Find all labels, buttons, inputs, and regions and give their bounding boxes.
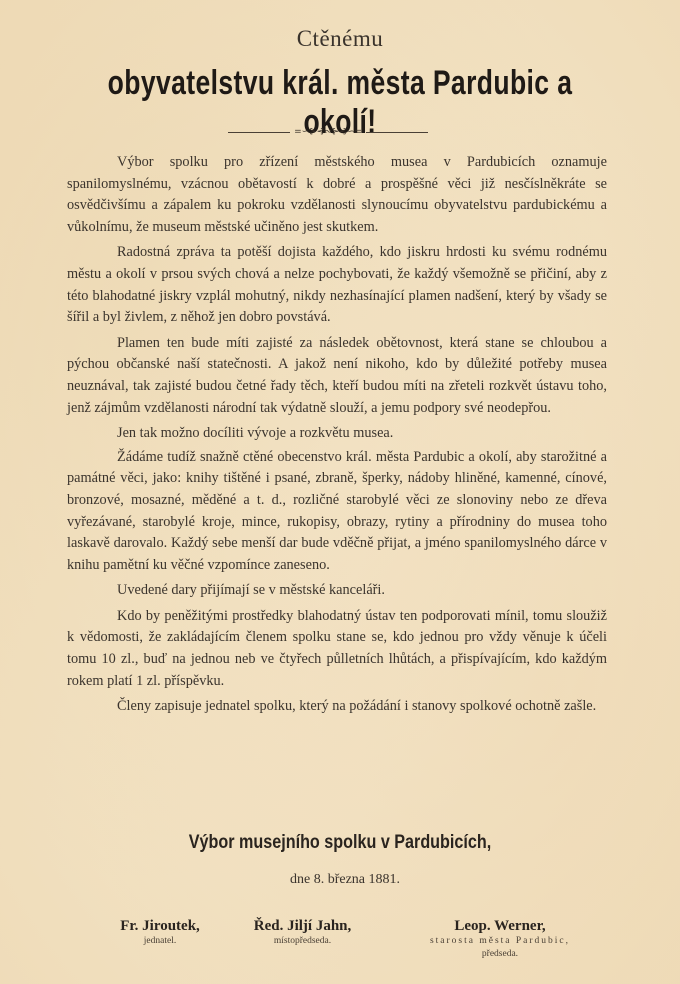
signatory-werner: Leop. Werner, starosta města Pardubic, p… [400, 918, 600, 961]
signatory-role: starosta města Pardubic, [400, 935, 600, 948]
signatory-jahn: Řed. Jiljí Jahn, místopředseda. [240, 918, 365, 948]
body-text: Výbor spolku pro zřízení městského musea… [67, 152, 607, 722]
ornament-divider: =∽⊱⊰∾⊱⊰∽= [228, 126, 428, 138]
signatory-role: jednatel. [95, 935, 225, 948]
ornament-icon: =∽⊱⊰∾⊱⊰∽= [294, 127, 362, 137]
paragraph-joyful-news: Radostná zpráva ta potěší dojista každéh… [67, 242, 607, 328]
paragraph-flame: Plamen ten bude míti zajisté za následek… [67, 333, 607, 419]
date-line: dne 8. března 1881. [0, 872, 680, 888]
paragraph-announcement: Výbor spolku pro zřízení městského musea… [67, 152, 607, 238]
paragraph-donations-office: Uvedené dary přijímají se v městské kanc… [67, 580, 607, 602]
salutation: Ctěnému [0, 26, 680, 52]
signatory-name: Fr. Jiroutek, [95, 918, 225, 935]
signatory-role-secondary: předseda. [400, 948, 600, 961]
paragraph-membership: Kdo by peněžitými prostředky blahodatný … [67, 606, 607, 692]
signatory-name: Leop. Werner, [400, 918, 600, 935]
divider-line-left [228, 132, 290, 133]
signatory-role: místopředseda. [240, 935, 365, 948]
signatory-name: Řed. Jiljí Jahn, [240, 918, 365, 935]
signatory-jiroutek: Fr. Jiroutek, jednatel. [95, 918, 225, 948]
committee-title: Výbor musejního spolku v Pardubicích, [51, 832, 629, 854]
divider-line-right [366, 132, 428, 133]
paragraph-registration: Členy zapisuje jednatel spolku, který na… [67, 696, 607, 718]
paragraph-development: Jen tak možno docíliti vývoje a rozkvětu… [67, 423, 607, 445]
poster-page: Ctěnému obyvatelstvu král. města Pardubi… [0, 0, 680, 984]
paragraph-request: Žádáme tudíž snažně ctěné obecenstvo krá… [67, 447, 607, 577]
